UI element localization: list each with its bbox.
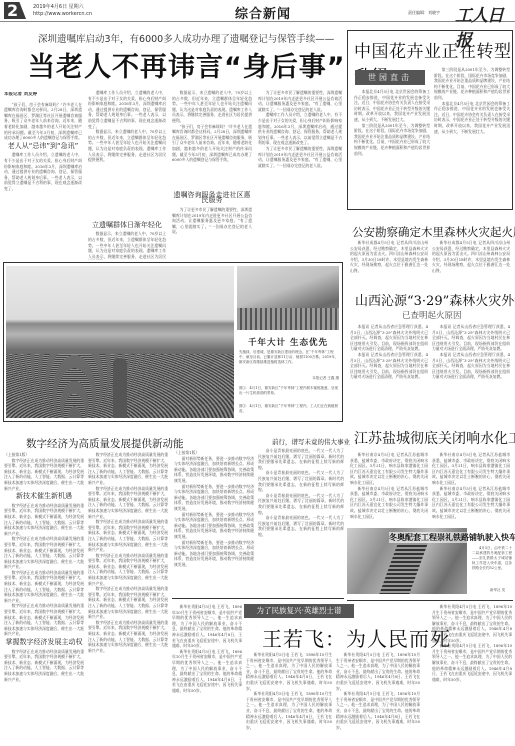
fire-column-2: 新华社成都4月5日电 记者从四川凉山州公安局获悉，经过勘察确定，木里县森林火灾的… [432, 240, 510, 282]
fire-column-1: 新华社成都4月5日电 记者从四川凉山州公安局获悉，经过勘察确定，木里县森林火灾的… [350, 240, 428, 282]
lead-column-2: 遗嘱库工作人员介绍，立遗嘱的老人中，有不少是出于对子女的关爱，担心身后财产纠纷影… [88, 90, 166, 260]
article-paragraph: 第三阶段是从2001年至今，为调整转型阶段。在这个阶段，国际花卉市场竞争加剧，我… [434, 67, 510, 101]
lead-subhead-1: 老人从“忌讳”到“急讯” [4, 144, 82, 150]
article-paragraph: 新华社贵阳4月5日电 王若飞，1896年10月生于贵州省安顺市，是中国共产党早期… [336, 691, 420, 730]
article-paragraph: 新华社贵阳4月5日电 王若飞，1896年10月生于贵州省安顺市，是中国共产党早期… [432, 604, 512, 643]
railway-photo-text: 4月5日，由中铁二十二局承建的冬奥配套工程——崇礼铁路太子城站铺轨工作进入快车道… [472, 546, 512, 590]
website-url[interactable]: http://www.workercn.cn [33, 11, 92, 17]
digital-headline: 数字经济为高质量发展提供新动能 [26, 436, 184, 451]
lead-kicker: 深圳遗嘱库启动3年，有6000多人成功办理了遗嘱登记与保管手续—— [38, 31, 334, 45]
lead-byline: 本报记者 刘友婷 [4, 92, 82, 98]
article-paragraph: 数字经济正在成为推动经济高质量发展的重要引擎。近年来，我国数字经济规模不断扩大，… [4, 603, 84, 637]
article-paragraph: 数字经济正在成为推动经济高质量发展的重要引擎。近年来，我国数字经济规模不断扩大，… [88, 586, 168, 620]
divider [172, 598, 344, 599]
article-paragraph: 数据显示，来立遗嘱的老人中，70岁以上的占多数，但近年来，立遗嘱群体呈年轻化趋势… [172, 90, 252, 124]
article-paragraph: 新华社贵阳4月5日电 王若飞，1896年10月生于贵州省安顺市，是中国共产党早期… [432, 643, 512, 682]
page-number: 2 [4, 2, 26, 19]
article-paragraph: 新华社贵阳4月5日电 王若飞，1896年10月生于贵州省安顺市，是中国共产党早期… [336, 652, 420, 691]
article-paragraph: 奋斗是青春最亮丽的底色。一代又一代人为了民族复兴前赴后继，谱写了壮丽的篇章。新时… [258, 448, 344, 470]
lead-column-4: 为了让更多市民了解遗嘱的重要性，深圳遗嘱库计划在2019年内走进更多社区开展公益… [258, 90, 342, 260]
photo-caption-2: 图②：4月1日，雄安新区“千年秀林”工程内，工人们正在栽植树苗。 [239, 404, 339, 416]
article-paragraph: 新华社南京4月5日电 记者从江苏盐城市获悉，盐城市委、市政府决定，彻底关闭响水化… [432, 486, 510, 520]
article-paragraph: 数据显示，来立遗嘱的老人中，70岁以上的占多数，但近年来，立遗嘱群体呈年轻化趋势… [88, 129, 166, 163]
masthead: 2 2019年4月6日 星期六 http://www.workercn.cn 综… [0, 0, 515, 22]
photo-feature-title: 千年大计 生态优先 [237, 336, 339, 348]
jiangsu-column-1: 新华社南京4月5日电 记者从江苏盐城市获悉，盐城市委、市政府决定，彻底关闭响水化… [350, 452, 428, 522]
article-paragraph: 数字经济正在成为推动经济高质量发展的重要引擎。近年来，我国数字经济规模不断扩大，… [88, 620, 168, 654]
jiangsu-column-2: 新华社南京4月5日电 记者从江苏盐城市获悉，盐城市委、市政府决定，彻底关闭响水化… [432, 452, 510, 522]
middle-column: （上接第1版） 面对新形势新任务，要进一步推动数字经济与实体经济深度融合，加快培… [174, 450, 254, 592]
digital-column-1: （上接第1版） 数字经济正在成为推动经济高质量发展的重要引擎。近年来，我国数字经… [4, 452, 84, 742]
article-paragraph: 新华社南京4月5日电 记者从江苏盐城市获悉，盐城市委、市政府决定，彻底关闭响水化… [350, 452, 428, 486]
article-paragraph: “孩子们，房子会有麻烦吗？”许多老人在遗嘱库咨询时都会这样问。2月28日，深圳遗… [4, 102, 82, 141]
hero-column-3: 新华社贵阳4月5日电 王若飞，1896年10月生于贵州省安顺市，是中国共产党早期… [336, 652, 420, 744]
shanxi-column-1: 本报讯 记者从山西省应急管理厅获悉，4月5日，山西沁源“3·29”森林火灾外线明… [350, 324, 428, 414]
hero-series-banner: 为了民族复兴·英雄烈士谱 [244, 604, 354, 618]
expo-tag: 世园直击 [355, 70, 425, 85]
article-paragraph: 面对新形势新任务，要进一步推动数字经济与实体经济深度融合，加快培育新增长点、形成… [174, 512, 254, 540]
article-paragraph: 数字经济正在成为推动经济高质量发展的重要引擎。近年来，我国数字经济规模不断扩大，… [4, 503, 84, 537]
article-paragraph: 数字经济正在成为推动经济高质量发展的重要引擎。近年来，我国数字经济规模不断扩大，… [4, 649, 84, 683]
article-paragraph: 为了让更多市民了解遗嘱的重要性，深圳遗嘱库计划在2019年内走进更多社区开展公益… [172, 207, 252, 235]
article-paragraph: 遗嘱库工作人员介绍，立遗嘱的老人中，有不少是出于对子女的关爱，担心身后财产纠纷影… [88, 90, 166, 129]
hero-headline: 王若飞：为人民而死 [262, 623, 451, 652]
article-paragraph: 第三阶段是从2001年至今，为调整转型阶段。在这个阶段，国际花卉市场竞争加剧，我… [354, 123, 430, 157]
photo-feature-credit: 本报记者 王鑫 摄 [239, 376, 339, 381]
right-story-headline: 前行，谱写未竟的伟大事业 [272, 437, 350, 446]
railway-photo-credit: 新华社 发 [490, 588, 514, 594]
divider [347, 600, 513, 601]
article-paragraph: 数字经济正在成为推动经济高质量发展的重要引擎。近年来，我国数字经济规模不断扩大，… [4, 536, 84, 570]
tree-planting-photo [237, 266, 339, 330]
article-paragraph: 奋斗是青春最亮丽的底色。一代又一代人为了民族复兴前赴后继，谱写了壮丽的篇章。新时… [258, 493, 344, 515]
issue-date: 2019年4月6日 星期六 [33, 3, 84, 10]
lead-column-1: 本报记者 刘友婷 “孩子们，房子会有麻烦吗？”许多老人在遗嘱库咨询时都会这样问。… [4, 92, 82, 260]
article-paragraph: 新华社成都4月5日电 记者从四川凉山州公安局获悉，经过勘察确定，木里县森林火灾的… [350, 240, 428, 274]
railway-photo-title: 冬奥配套工程崇礼铁路铺轨驶入快车道 [389, 532, 515, 543]
photo-feature-text: 先植绿，后建城，是雄安新区建设的理念。在“千年秀林”工程中，截至目前，已累计造林… [239, 350, 339, 376]
article-paragraph: 本报讯 记者从山西省应急管理厅获悉，4月5日，山西沁源“3·29”森林火灾外线明… [432, 324, 510, 352]
article-paragraph: 为了让更多市民了解遗嘱的重要性，深圳遗嘱库计划在2019年内走进更多社区开展公益… [258, 90, 342, 112]
right-story-column: 奋斗是青春最亮丽的底色。一代又一代人为了民族复兴前赴后继，谱写了壮丽的篇章。新时… [258, 448, 344, 592]
article-paragraph: 新华社贵阳4月5日电 王若飞，1896年10月生于贵州省安顺市，是中国共产党早期… [246, 652, 332, 691]
article-paragraph: 4月5日，由中铁二十二局承建的冬奥配套工程——崇礼铁路太子城站铺轨工作进入快车道… [472, 546, 512, 571]
article-paragraph: “孩子们，房子会有麻烦吗？”许多老人在遗嘱库咨询时都会这样问。2月28日，深圳遗… [172, 124, 252, 163]
article-paragraph: 本报北京4月5日电 北京世园会的筹备工作正稳步推进，中国花卉业的发展也备受关注。… [354, 89, 430, 123]
lead-subhead-3: 遗嘱咨询服务走进社区惠民服务 [172, 193, 252, 204]
hero-column-1: 新华社贵阳4月5日电 王若飞，1896年10月生于贵州省安顺市，是中国共产党早期… [172, 604, 242, 744]
hero-column-2: 新华社贵阳4月5日电 王若飞，1896年10月生于贵州省安顺市，是中国共产党早期… [246, 652, 332, 744]
article-paragraph: 新华社南京4月5日电 记者从江苏盐城市获悉，盐城市委、市政府决定，彻底关闭响水化… [350, 486, 428, 520]
article-paragraph: 遗嘱库工作人员介绍，立遗嘱的老人中，有不少是出于对子女的关爱，担心身后财产纠纷影… [258, 112, 342, 146]
article-paragraph: 新华社贵阳4月5日电 王若飞，1896年10月生于贵州省安顺市，是中国共产党早期… [172, 649, 242, 694]
lead-headline: 当老人不再讳言“身后事” [28, 45, 346, 84]
article-paragraph: 数字经济正在成为推动经济高质量发展的重要引擎。近年来，我国数字经济规模不断扩大，… [88, 452, 168, 486]
shanxi-column-2: 本报讯 记者从山西省应急管理厅获悉，4月5日，山西沁源“3·29”森林火灾外线明… [432, 324, 510, 414]
article-paragraph: 数字经济正在成为推动经济高质量发展的重要引擎。近年来，我国数字经济规模不断扩大，… [88, 519, 168, 553]
article-paragraph: 面对新形势新任务，要进一步推动数字经济与实体经济深度融合，加快培育新增长点、形成… [174, 540, 254, 568]
digital-subhead-1: 新技术催生新机遇 [4, 494, 84, 500]
article-paragraph: 新华社成都4月5日电 记者从四川凉山州公安局获悉，经过勘察确定，木里县森林火灾的… [432, 240, 510, 274]
shanxi-subhead: 已查明起火原因 [402, 309, 462, 321]
section-title: 综合新闻 [235, 3, 291, 22]
forest-aerial-photo [6, 266, 234, 418]
fire-headline: 公安勘察确定木里森林火灾起火原因为雷击火 [352, 224, 515, 240]
article-paragraph: 遗嘱库工作人员介绍，立遗嘱的老人中，有不少是出于对子女的关爱，担心身后财产纠纷影… [4, 152, 82, 191]
article-paragraph: 数字经济正在成为推动经济高质量发展的重要引擎。近年来，我国数字经济规模不断扩大，… [88, 553, 168, 587]
digital-column-2: 数字经济正在成为推动经济高质量发展的重要引擎。近年来，我国数字经济规模不断扩大，… [88, 452, 168, 742]
jiangsu-headline: 江苏盐城彻底关闭响水化工园区 [354, 428, 515, 448]
article-paragraph: 本报讯 记者从山西省应急管理厅获悉，4月5日，山西沁源“3·29”森林火灾外线明… [432, 352, 510, 380]
digital-subhead-2: 掌握数字经济发展主动权 [4, 640, 84, 646]
lead-subhead-2: 立遗嘱群体日渐年轻化 [88, 223, 166, 229]
article-paragraph: 数字经济正在成为推动经济高质量发展的重要引擎。近年来，我国数字经济规模不断扩大，… [4, 570, 84, 604]
article-paragraph: 奋斗是青春最亮丽的底色。一代又一代人为了民族复兴前赴后继，谱写了壮丽的篇章。新时… [258, 470, 344, 492]
article-paragraph: 为了让更多市民了解遗嘱的重要性，深圳遗嘱库计划在2019年内走进更多社区开展公益… [258, 146, 342, 168]
article-paragraph: 数字经济正在成为推动经济高质量发展的重要引擎。近年来，我国数字经济规模不断扩大，… [88, 486, 168, 520]
article-paragraph: 新华社南京4月5日电 记者从江苏盐城市获悉，盐城市委、市政府决定，彻底关闭响水化… [432, 452, 510, 486]
article-paragraph: 奋斗是青春最亮丽的底色。一代又一代人为了民族复兴前赴后继，谱写了壮丽的篇章。新时… [258, 515, 344, 537]
article-paragraph: 本报北京4月5日电 北京世园会的筹备工作正稳步推进，中国花卉业的发展也备受关注。… [434, 101, 510, 135]
hero-column-4: 新华社贵阳4月5日电 王若飞，1896年10月生于贵州省安顺市，是中国共产党早期… [432, 604, 512, 744]
article-paragraph: 本报讯 记者从山西省应急管理厅获悉，4月5日，山西沁源“3·29”森林火灾外线明… [350, 324, 428, 352]
shanxi-headline: 山西沁源“3·29”森林火灾外线明火全部扑灭 [355, 290, 515, 309]
article-paragraph: 面对新形势新任务，要进一步推动数字经济与实体经济深度融合，加快培育新增长点、形成… [174, 484, 254, 512]
flower-column-2: 第三阶段是从2001年至今，为调整转型阶段。在这个阶段，国际花卉市场竞争加剧，我… [434, 67, 510, 207]
photo-caption-1: 图①：4月1日，雄安新区“千年秀林”工程内树木郁郁葱葱，呈现出一片生机勃勃的景象… [239, 386, 339, 402]
article-paragraph: 新华社贵阳4月5日电 王若飞，1896年10月生于贵州省安顺市，是中国共产党早期… [246, 691, 332, 730]
editor-credit: 责任编辑：刘晓宇 [408, 10, 440, 16]
flower-column-1: 本报北京4月5日电 北京世园会的筹备工作正稳步推进，中国花卉业的发展也备受关注。… [354, 89, 430, 207]
article-paragraph: 新华社贵阳4月5日电 王若飞，1896年10月生于贵州省安顺市，是中国共产党早期… [172, 604, 242, 649]
article-paragraph: 面对新形势新任务，要进一步推动数字经济与实体经济深度融合，加快培育新增长点、形成… [174, 456, 254, 484]
article-paragraph: 本报讯 记者从山西省应急管理厅获悉，4月5日，山西沁源“3·29”森林火灾外线明… [350, 352, 428, 380]
article-paragraph: 数据显示，来立遗嘱的老人中，70岁以上的占多数，但近年来，立遗嘱群体呈年轻化趋势… [88, 231, 166, 260]
flower-industry-box: 中国花卉业正在转型升级 世园直击 本报北京4月5日电 北京世园会的筹备工作正稳步… [347, 30, 513, 210]
lead-column-3: 数据显示，来立遗嘱的老人中，70岁以上的占多数，但近年来，立遗嘱群体呈年轻化趋势… [172, 90, 252, 260]
article-paragraph: 数字经济正在成为推动经济高质量发展的重要引擎。近年来，我国数字经济规模不断扩大，… [4, 458, 84, 492]
